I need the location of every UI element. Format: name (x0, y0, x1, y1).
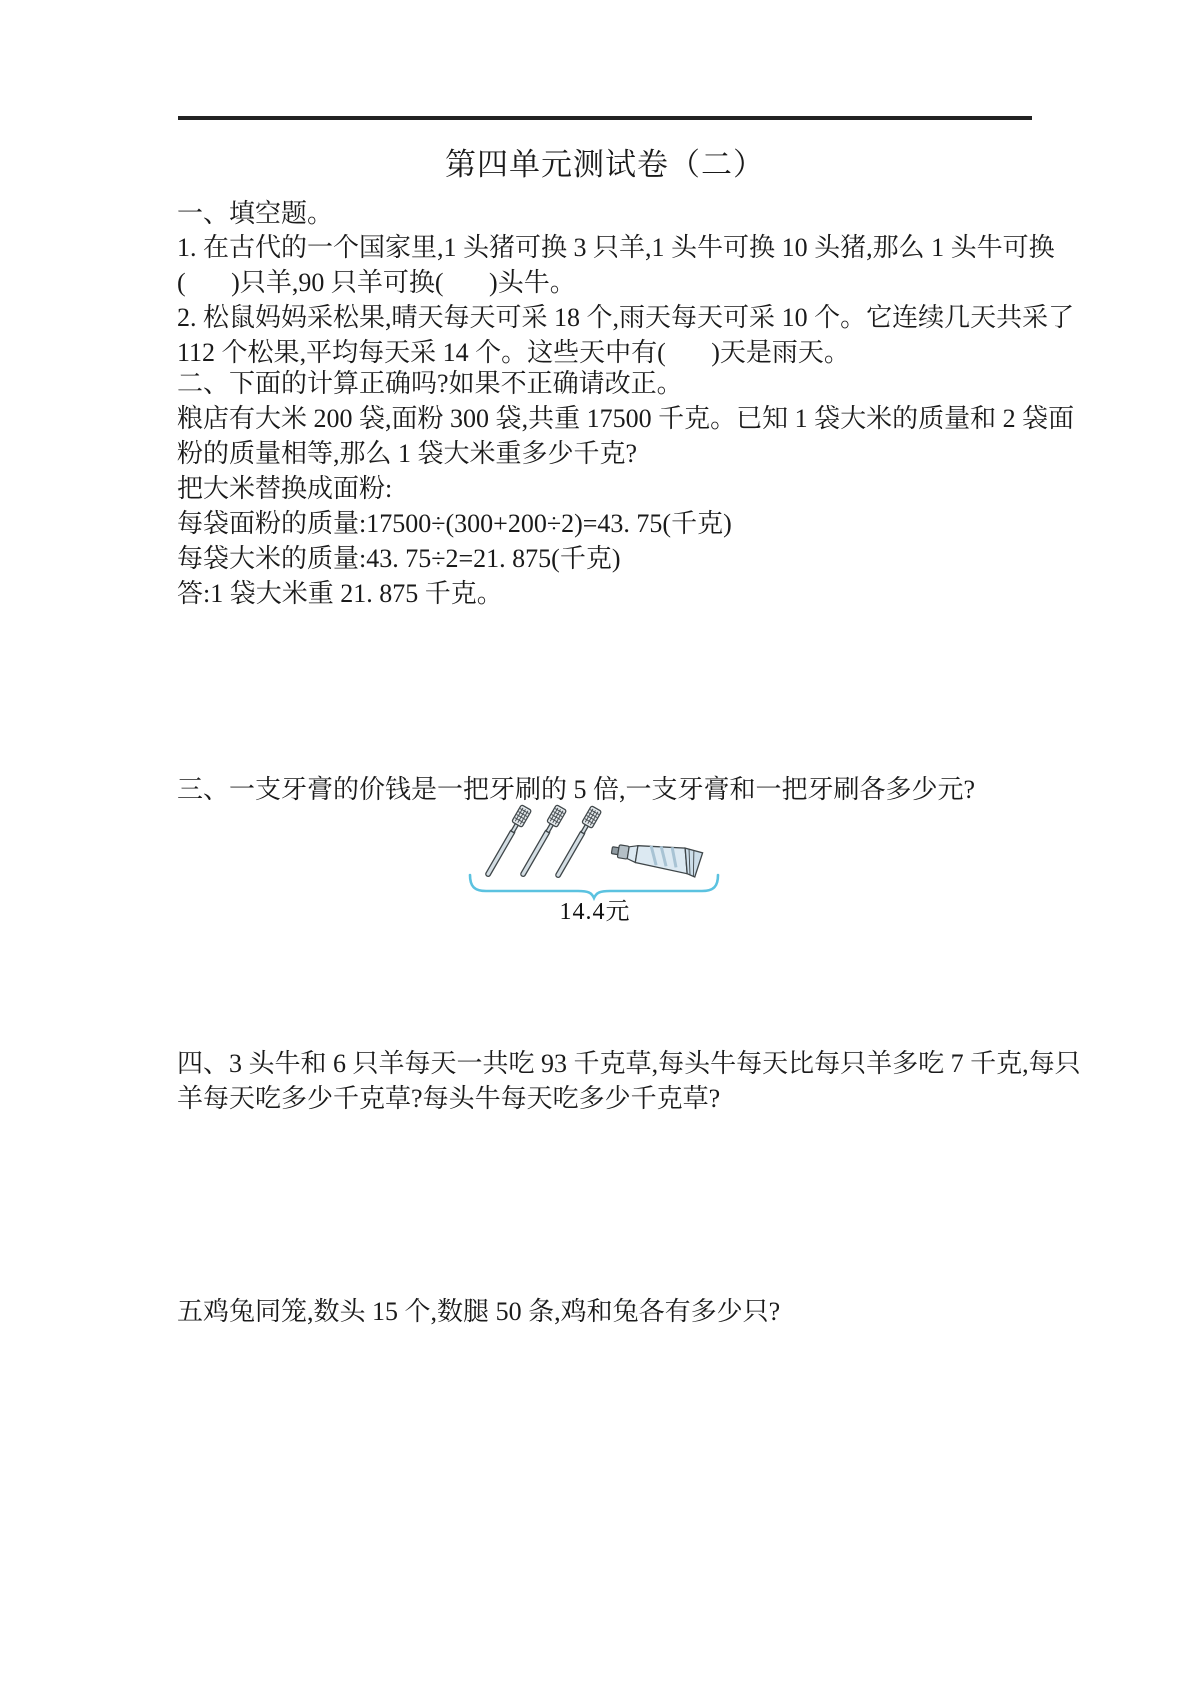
toothpaste-icon (610, 837, 703, 878)
section2-problem-line2: 粉的质量相等,那么 1 袋大米重多少千克? (177, 436, 1077, 471)
section3-header: 三、一支牙膏的价钱是一把牙刷的 5 倍,一支牙膏和一把牙刷各多少元? (177, 772, 1077, 807)
section2-answer-line: 答:1 袋大米重 21. 875 千克。 (177, 576, 1077, 611)
section2-calc-line1: 每袋面粉的质量:17500÷(300+200÷2)=43. 75(千克) (177, 506, 1077, 541)
section2-calc-line2: 每袋大米的质量:43. 75÷2=21. 875(千克) (177, 541, 1077, 576)
section2-problem-line1: 粮店有大米 200 袋,面粉 300 袋,共重 17500 千克。已知 1 袋大… (177, 401, 1077, 436)
section-3-toothpaste-problem: 三、一支牙膏的价钱是一把牙刷的 5 倍,一支牙膏和一把牙刷各多少元? (177, 772, 1077, 807)
question1-line1: 1. 在古代的一个国家里,1 头猪可换 3 只羊,1 头牛可换 10 头猪,那么… (177, 230, 1077, 265)
section-1-fill-blanks: 一、填空题。 1. 在古代的一个国家里,1 头猪可换 3 只羊,1 头牛可换 1… (177, 196, 1077, 370)
header-rule (178, 116, 1032, 120)
question1-line2: ( )只羊,90 只羊可换( )头牛。 (177, 265, 1077, 300)
section-5-chicken-rabbit-problem: 五鸡兔同笼,数头 15 个,数腿 50 条,鸡和兔各有多少只? (177, 1294, 1077, 1329)
price-figure: 14.4元 (455, 803, 735, 933)
exam-paper: 第四单元测试卷（二） 一、填空题。 1. 在古代的一个国家里,1 头猪可换 3 … (0, 0, 1191, 1684)
paper-title: 第四单元测试卷（二） (178, 148, 1032, 182)
section5-line: 五鸡兔同笼,数头 15 个,数腿 50 条,鸡和兔各有多少只? (177, 1294, 1077, 1329)
question2-line1: 2. 松鼠妈妈采松果,晴天每天可采 18 个,雨天每天可采 10 个。它连续几天… (177, 300, 1077, 335)
section1-header: 一、填空题。 (177, 196, 1077, 230)
section2-header: 二、下面的计算正确吗?如果不正确请改正。 (177, 366, 1077, 401)
price-label: 14.4元 (455, 899, 735, 925)
section-2-check-calculation: 二、下面的计算正确吗?如果不正确请改正。 粮店有大米 200 袋,面粉 300 … (177, 366, 1077, 611)
underbrace-icon (470, 875, 718, 898)
question2-line2: 112 个松果,平均每天采 14 个。这些天中有( )天是雨天。 (177, 335, 1077, 370)
section-4-cow-sheep-problem: 四、3 头牛和 6 只羊每天一共吃 93 千克草,每头牛每天比每只羊多吃 7 千… (177, 1046, 1077, 1116)
section4-line2: 羊每天吃多少千克草?每头牛每天吃多少千克草? (177, 1081, 1077, 1116)
section2-step-line: 把大米替换成面粉: (177, 471, 1077, 506)
section4-line1: 四、3 头牛和 6 只羊每天一共吃 93 千克草,每头牛每天比每只羊多吃 7 千… (177, 1046, 1077, 1081)
